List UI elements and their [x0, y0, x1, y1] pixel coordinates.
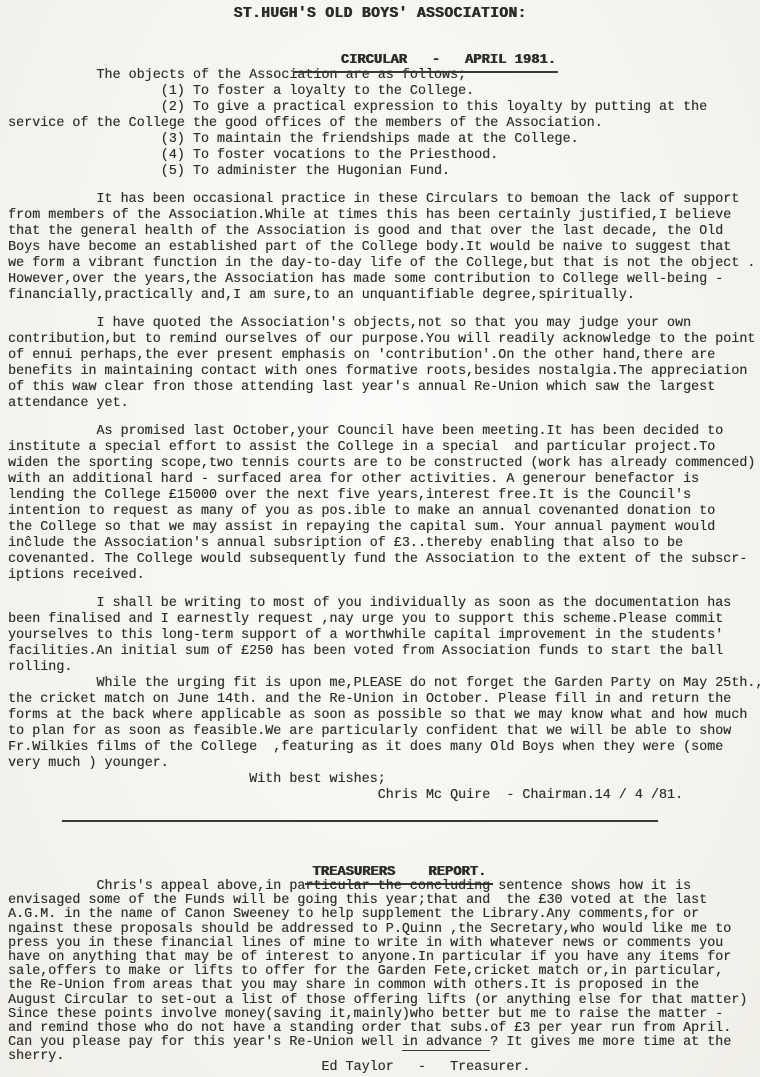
text-line: service of the College the good offices … [0, 116, 760, 132]
text-line: inĉlude the Association's annual subsrip… [0, 536, 760, 552]
text-line: August Circular to set-out a list of tho… [0, 994, 760, 1008]
treasurers-heading-row: TREASURERS REPORT. [0, 844, 760, 866]
text-line: lending the College £15000 over the next… [0, 488, 760, 504]
text-line: Boys have become an established part of … [0, 240, 760, 256]
text-line: (1) To foster a loyalty to the College. [0, 84, 760, 100]
text-line: of ennui perhaps,the ever present emphas… [0, 348, 760, 364]
text-line: envisaged some of the Funds will be goin… [0, 894, 760, 908]
paragraph-5: While the urging fit is upon me,PLEASE d… [0, 676, 760, 772]
text-line: the cricket match on June 14th. and the … [0, 692, 760, 708]
closing-block: With best wishes; Chris Mc Quire - Chair… [0, 772, 760, 804]
text-line: As promised last October,your Council ha… [0, 424, 760, 440]
text-line: the College so that we may assist in rep… [0, 520, 760, 536]
text-line: facilities.An initial sum of £250 has be… [0, 644, 760, 660]
text-line: we form a vibrant function in the day-to… [0, 256, 760, 272]
text-line: sale,offers to make or lifts to offer fo… [0, 965, 760, 979]
paragraph-1: It has been occasional practice in these… [0, 192, 760, 304]
text-line: Chris's appeal above,in particular the c… [0, 880, 760, 894]
paragraph-4: I shall be writing to most of you indivi… [0, 596, 760, 676]
text-line: yourselves to this long-term support of … [0, 628, 760, 644]
text-line: institute a special effort to assist the… [0, 440, 760, 456]
text-line: been finalised and I earnestly request ,… [0, 612, 760, 628]
objects-list: The objects of the Association are as fo… [0, 68, 760, 180]
text-line: of this waw clear fron those attending l… [0, 380, 760, 396]
text-line: While the urging fit is upon me,PLEASE d… [0, 676, 760, 692]
text-line: rolling. [0, 660, 760, 676]
treasurers-report: Chris's appeal above,in particular the c… [0, 880, 760, 1075]
text-line: I shall be writing to most of you indivi… [0, 596, 760, 612]
text-line: and remind those who do not have a stand… [0, 1022, 760, 1036]
paragraph-2: I have quoted the Association's objects,… [0, 316, 760, 412]
text-line: have on anything that may be of interest… [0, 951, 760, 965]
text-line: from members of the Association.While at… [0, 208, 760, 224]
treasurer-paragraph: Chris's appeal above,in particular the c… [0, 880, 760, 1036]
text-line: forms at the back where applicable as so… [0, 708, 760, 724]
best-wishes-line: With best wishes; [0, 772, 760, 788]
text-line: intention to request as many of you as p… [0, 504, 760, 520]
text-line: very much ) younger. [0, 756, 760, 772]
document-page: ST.HUGH'S OLD BOYS' ASSOCIATION: CIRCULA… [0, 6, 760, 1075]
text-line: It has been occasional practice in these… [0, 192, 760, 208]
paragraph-3: As promised last October,your Council ha… [0, 424, 760, 584]
text-line: that the general health of the Associati… [0, 224, 760, 240]
advance-text-before: Can you please pay for this year's Re-Un… [8, 1035, 402, 1050]
treasurer-signature: Ed Taylor - Treasurer. [0, 1061, 760, 1075]
text-line: with an additional hard - surfaced area … [0, 472, 760, 488]
text-line: contribution,but to remind ourselves of … [0, 332, 760, 348]
page-title: ST.HUGH'S OLD BOYS' ASSOCIATION: [0, 6, 760, 22]
text-line: attendance yet. [0, 396, 760, 412]
text-line: (3) To maintain the friendships made at … [0, 132, 760, 148]
text-line: (5) To administer the Hugonian Fund. [0, 164, 760, 180]
underlined-phrase: in advance [402, 1035, 490, 1051]
text-line: covenanted. The College would subsequent… [0, 552, 760, 568]
section-divider [62, 820, 658, 822]
text-line: Fr.Wilkies films of the College ,featuri… [0, 740, 760, 756]
advance-request-line: Can you please pay for this year's Re-Un… [0, 1036, 760, 1050]
text-line: (2) To give a practical expression to th… [0, 100, 760, 116]
text-line: benefits in maintaining contact with one… [0, 364, 760, 380]
advance-text-after: ? It gives me more time at the [490, 1035, 731, 1050]
text-line: I have quoted the Association's objects,… [0, 316, 760, 332]
subtitle-row: CIRCULAR - APRIL 1981. [0, 32, 760, 54]
text-line: financially,practically and,I am sure,to… [0, 288, 760, 304]
text-line: to plan for as soon as feasible.We are p… [0, 724, 760, 740]
text-line: However,over the years,the Association h… [0, 272, 760, 288]
text-line: Since these points involve money(saving … [0, 1008, 760, 1022]
circular-subtitle: CIRCULAR - APRIL 1981. [293, 53, 558, 73]
chairman-signature: Chris Mc Quire - Chairman.14 / 4 /81. [0, 788, 760, 804]
text-line: iptions received. [0, 568, 760, 584]
text-line: widen the sporting scope,two tennis cour… [0, 456, 760, 472]
text-line: A.G.M. in the name of Canon Sweeney to h… [0, 908, 760, 922]
text-line: press you in these financial lines of mi… [0, 937, 760, 951]
text-line: ngainst these proposals should be addres… [0, 923, 760, 937]
text-line: (4) To foster vocations to the Priesthoo… [0, 148, 760, 164]
text-line: the Re-Union from areas that you may sha… [0, 979, 760, 993]
